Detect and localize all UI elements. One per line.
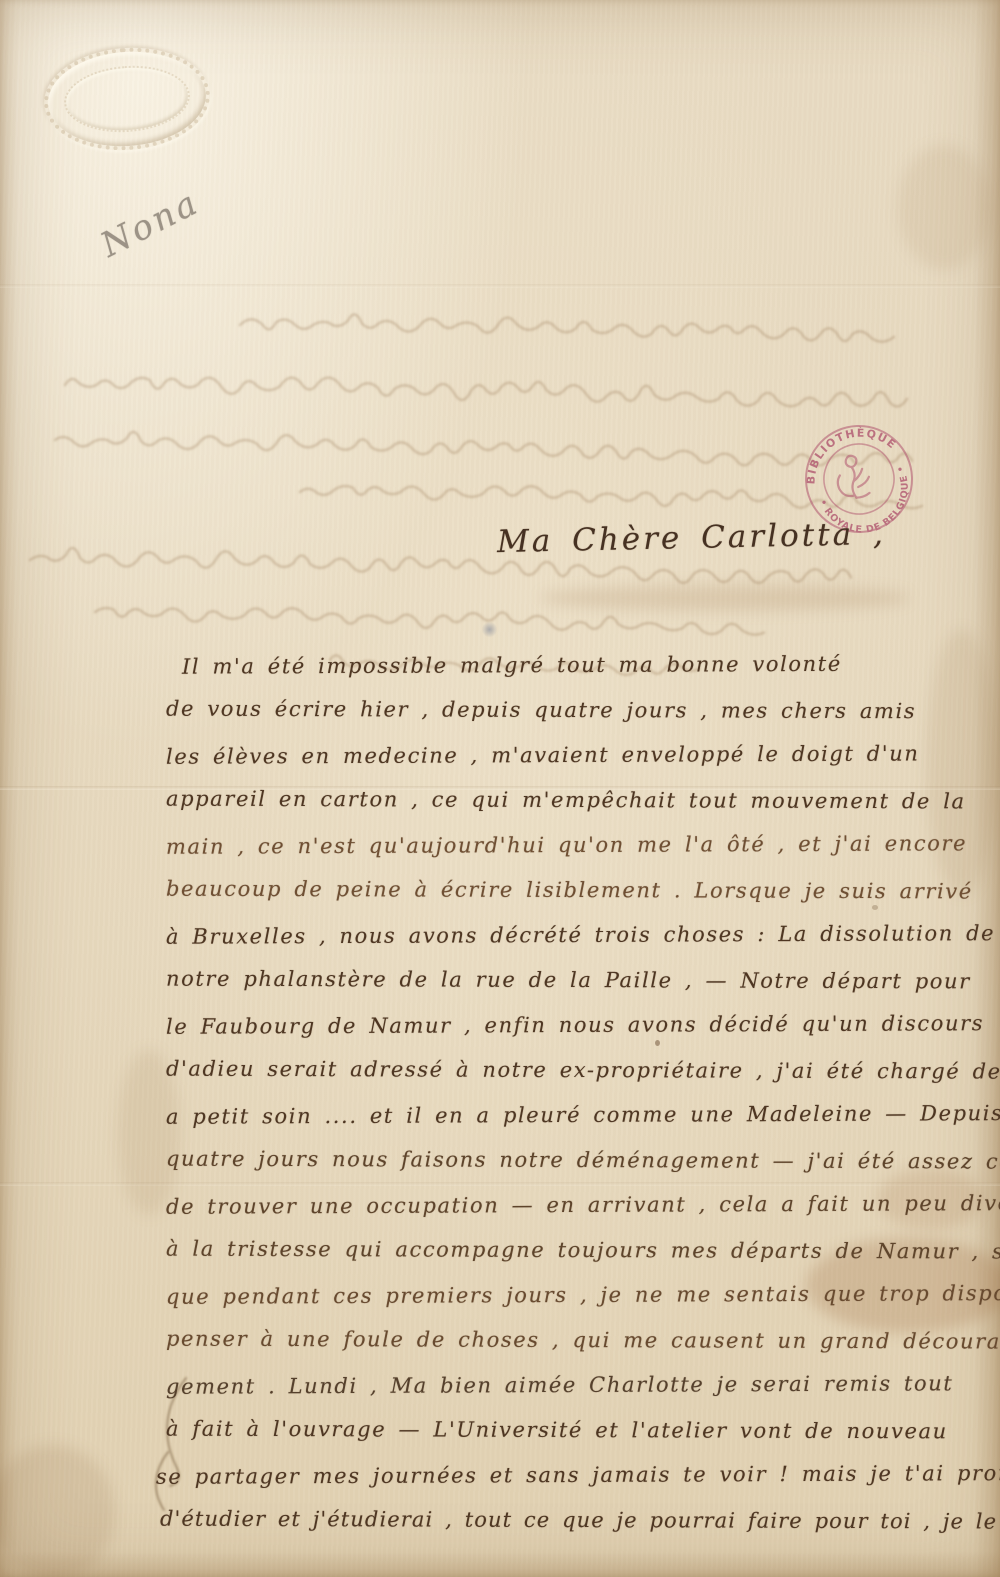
letter-line: gement . Lundi , Ma bien aimée Charlotte…	[154, 1361, 984, 1410]
letter-line: beaucoup de peine à écrire lisiblement .…	[154, 867, 984, 915]
letter-line: notre phalanstère de la rue de la Paille…	[154, 957, 984, 1005]
bleedthrough-line	[95, 608, 764, 635]
letter-line: que pendant ces premiers jours , je ne m…	[154, 1271, 984, 1320]
letter-line: de trouver une occupation — en arrivant …	[154, 1181, 984, 1230]
bleedthrough-line	[65, 378, 907, 407]
ink-smudge	[540, 585, 910, 611]
paper-stain	[0, 1445, 115, 1577]
letter-line: les élèves en medecine , m'avaient envel…	[154, 731, 984, 780]
letter-body: Il m'a été impossible malgré tout ma bon…	[154, 643, 984, 1543]
letter-line: le Faubourg de Namur , enfin nous avons …	[154, 1001, 984, 1050]
letter-line: à Bruxelles , nous avons décrété trois c…	[154, 911, 984, 960]
letter-line: se partager mes journées et sans jamais …	[154, 1451, 984, 1500]
letter-line: d'étudier et j'étudierai , tout ce que j…	[154, 1497, 984, 1545]
paper-edge-shadow-bottom	[0, 1551, 1000, 1577]
svg-text:BIBLIOTHÈQUE: BIBLIOTHÈQUE	[791, 410, 902, 489]
embossed-paper-seal-inner	[62, 62, 192, 137]
paper-crease	[0, 284, 1000, 288]
ink-blot	[482, 621, 497, 638]
pencil-annotation: Nona	[95, 182, 206, 265]
letter-line: quatre jours nous faisons notre déménage…	[154, 1137, 984, 1185]
bleedthrough-line	[240, 314, 894, 341]
paper-stain	[898, 145, 990, 270]
stamp-lion-emblem	[829, 452, 876, 504]
letter-line: Il m'a été impossible malgré tout ma bon…	[154, 641, 984, 690]
letter-line: d'adieu serait adressé à notre ex-propri…	[154, 1047, 984, 1095]
stamp-text-top: BIBLIOTHÈQUE	[791, 410, 902, 489]
letter-line: a petit soin .... et il en a pleuré comm…	[154, 1091, 984, 1140]
letter-line: à fait à l'ouvrage — L'Université et l'a…	[154, 1407, 984, 1455]
embossed-paper-seal	[41, 42, 214, 155]
paper-edge-shadow-left	[0, 0, 18, 1577]
letter-line: appareil en carton , ce qui m'empêchait …	[154, 777, 984, 825]
letter-line: penser à une foule de choses , qui me ca…	[154, 1317, 984, 1365]
letter-line: de vous écrire hier , depuis quatre jour…	[154, 687, 984, 735]
letter-line: à la tristesse qui accompagne toujours m…	[154, 1227, 984, 1275]
letter-page: Nona BIBLIOTHÈQUE • ROYALE DE BELGIQUE •	[0, 0, 1000, 1577]
letter-line: main , ce n'est qu'aujourd'hui qu'on me …	[154, 821, 984, 870]
